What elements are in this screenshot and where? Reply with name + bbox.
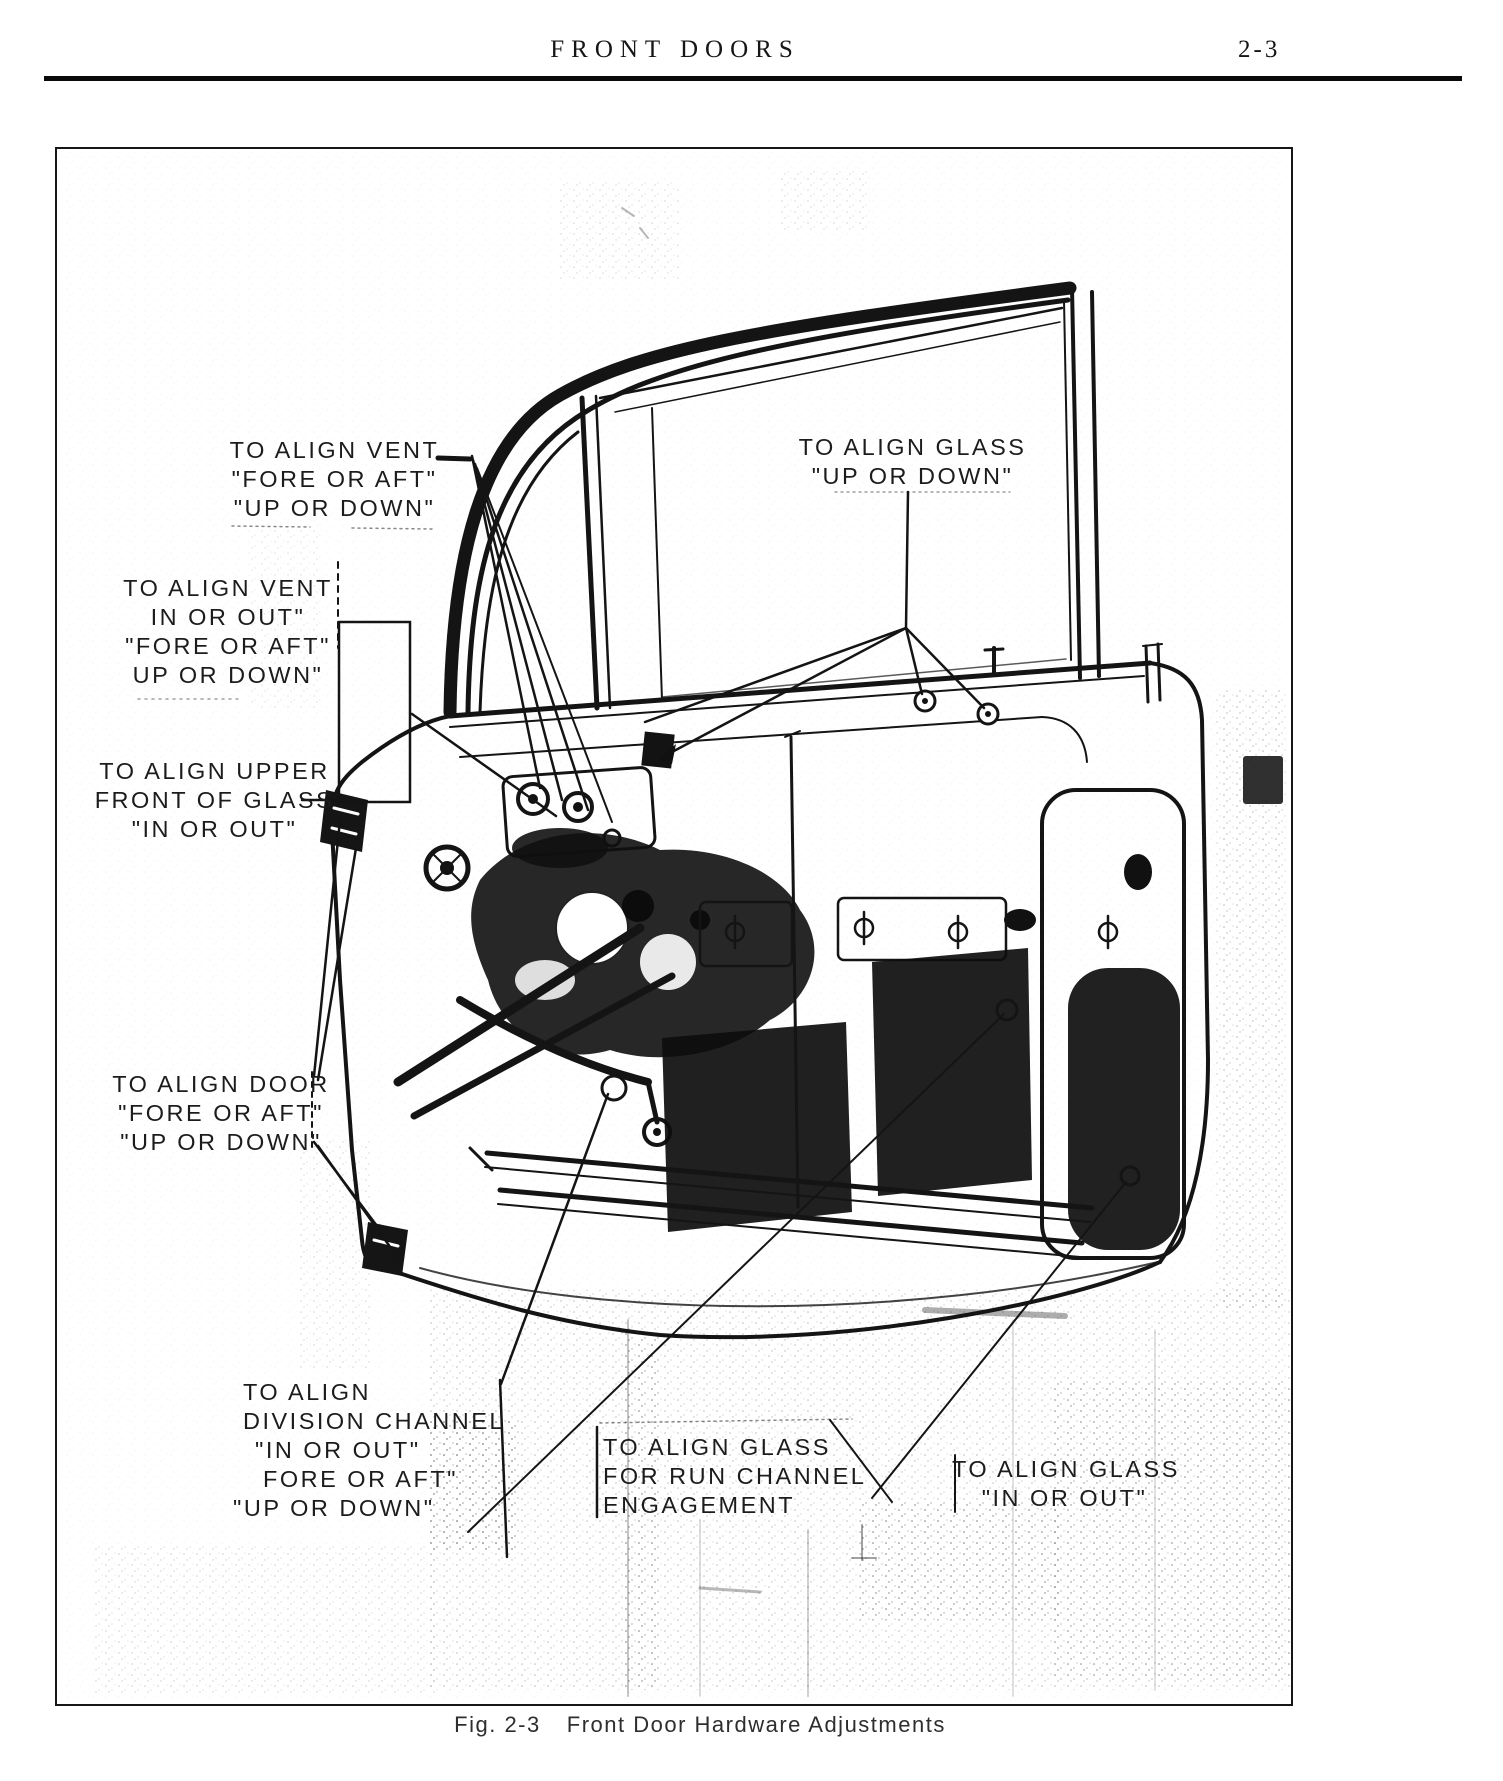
callout-vent-fore-aft: TO ALIGN VENT "FORE OR AFT" "UP OR DOWN" xyxy=(222,436,447,523)
callout-vent-in-out: TO ALIGN VENT IN OR OUT" "FORE OR AFT" U… xyxy=(122,574,334,690)
figure-caption-text: Front Door Hardware Adjustments xyxy=(567,1712,946,1737)
figure-caption: Fig. 2-3Front Door Hardware Adjustments xyxy=(280,1712,1120,1738)
callout-division-channel: TO ALIGN DIVISION CHANNEL "IN OR OUT" FO… xyxy=(243,1378,493,1523)
callout-door-fore-aft: TO ALIGN DOOR "FORE OR AFT" "UP OR DOWN" xyxy=(110,1070,332,1157)
manual-page: FRONT DOORS 2-3 xyxy=(0,0,1503,1781)
callout-glass-up-down: TO ALIGN GLASS "UP OR DOWN" xyxy=(795,433,1030,491)
callout-run-channel: TO ALIGN GLASS FOR RUN CHANNEL ENGAGEMEN… xyxy=(603,1433,838,1520)
figure-caption-number: Fig. 2-3 xyxy=(454,1712,541,1737)
callout-upper-front-glass: TO ALIGN UPPER FRONT OF GLASS "IN OR OUT… xyxy=(92,757,337,844)
callout-glass-in-out: TO ALIGN GLASS "IN OR OUT" xyxy=(952,1455,1177,1513)
